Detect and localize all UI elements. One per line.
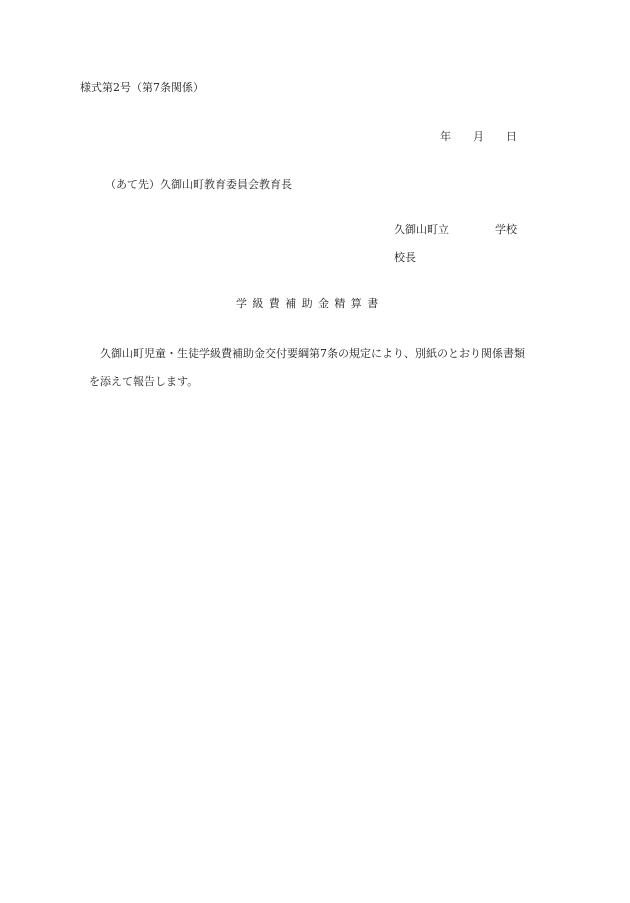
- school-suffix: 学校: [495, 223, 517, 236]
- year-label: 年: [440, 131, 451, 142]
- month-label: 月: [473, 131, 484, 142]
- document-title: 学級費補助金精算書: [236, 298, 384, 309]
- form-number: 様式第2号（第7条関係）: [80, 82, 204, 93]
- principal-label: 校長: [394, 252, 416, 263]
- school-prefix: 久御山町立: [394, 223, 449, 236]
- addressee: （あて先）久御山町教育委員会教育長: [105, 179, 292, 190]
- body-text-line-1: 久御山町児童・生徒学級費補助金交付要綱第7条の規定により、別紙のとおり関係書類: [100, 348, 525, 359]
- date-line: 年月日: [440, 131, 517, 142]
- sender-school-line: 久御山町立学校: [394, 224, 517, 235]
- day-label: 日: [506, 131, 517, 142]
- body-text-line-2: を添えて報告します。: [89, 376, 198, 387]
- document-page: 様式第2号（第7条関係） 年月日 （あて先）久御山町教育委員会教育長 久御山町立…: [0, 0, 630, 903]
